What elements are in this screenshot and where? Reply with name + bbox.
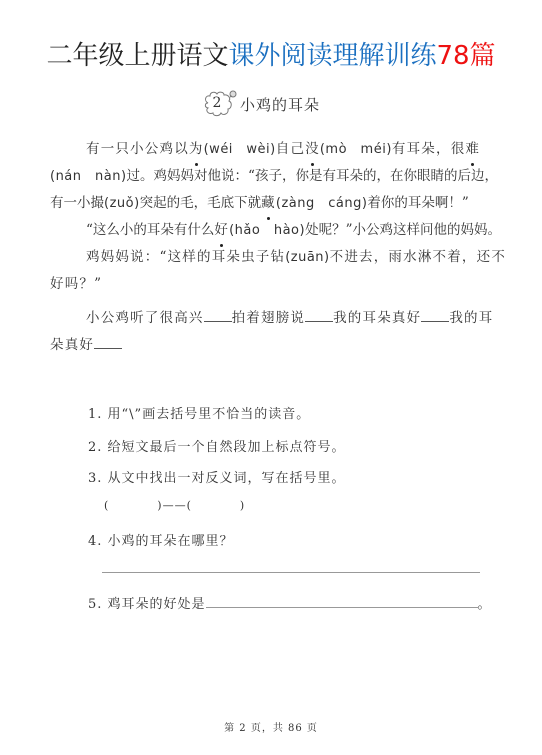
passage-line: (nán nàn)过。鸡妈妈对他说：“孩子，你是有耳朵的，在你眼睛的后边， [50,163,486,190]
question-5-prefix: 5. 鸡耳朵的好处是 [88,597,206,612]
pinyin: (zàng cáng) [276,196,368,211]
question-4: 4. 小鸡的耳朵在哪里？ [88,530,234,549]
passage-line: 朵真好 [50,332,486,359]
title-part-training: 课外阅读理解训练 [228,41,436,71]
marked-char: 藏 [261,190,276,217]
lesson-number: 2 [202,95,232,111]
marked-char: 好 [214,217,229,244]
text: 我的耳 [449,310,493,326]
title-part-grade: 二年级上册语文 [46,41,228,71]
text: 处呢？”小公鸡这样问他的妈妈。 [305,222,501,238]
marked-char: 没 [305,136,320,163]
text: 过。鸡妈妈对他说：“孩子，你是有耳朵的，在你眼睛的后边， [127,168,498,184]
question-5-answer-line[interactable] [206,595,478,608]
question-5-suffix: 。 [478,597,492,612]
passage-line: 有一只小公鸡以为(wéi wèi)自己没(mò méi)有耳朵，很难 [58,136,486,163]
text: 我的耳朵真好 [333,310,421,326]
text: 朵真好 [50,337,94,353]
passage-line: 鸡妈妈说：“这样的耳朵虫子钻(zuān)不进去，雨水淋不着，还不 [58,244,486,271]
marked-char: 难 [465,136,480,163]
text: 有一小撮 [50,195,104,211]
question-2: 2. 给短文最后一个自然段加上标点符号。 [88,436,346,455]
title-part-count: 78篇 [436,41,495,71]
passage-line: 有一小撮(zuǒ)突起的毛，毛底下就藏(zàng cáng)着你的耳朵啊！” [50,190,486,217]
passage-line: “这么小的耳朵有什么好(hǎo hào)处呢？”小公鸡这样问他的妈妈。 [58,217,486,244]
question-5: 5. 鸡耳朵的好处是。 [88,593,492,612]
cloud-icon: 2 [202,89,238,119]
text: 鸡妈妈说：“这样的耳朵虫子钻 [86,249,285,265]
question-4-answer-line[interactable] [102,572,480,573]
punctuation-blank[interactable] [305,309,333,322]
text: “这么小的耳朵有什么 [86,222,214,238]
lesson-title: 小鸡的耳朵 [240,94,320,115]
pinyin: (zuān) [285,250,329,265]
question-3: 3. 从文中找出一对反义词，写在括号里。 [88,467,346,486]
text: 突起的毛，毛底下就 [140,195,262,211]
text: 好吗？” [50,276,102,292]
marked-char: 为 [189,136,204,163]
text: 着你的耳朵啊！” [367,195,468,211]
pinyin: (mò méi) [320,142,392,157]
punctuation-blank[interactable] [94,336,122,349]
page-footer: 第 2 页，共 86 页 [0,719,542,734]
passage-line: 小公鸡听了很高兴拍着翅膀说我的耳朵真好我的耳 [58,305,486,332]
text: 不进去，雨水淋不着，还不 [330,249,506,265]
text: 小公鸡听了很高兴 [86,310,204,326]
text: 有耳朵，很 [392,141,466,157]
question-1: 1. 用“\”画去括号里不恰当的读音。 [88,403,310,422]
punctuation-blank[interactable] [421,309,449,322]
question-3-answer-blanks[interactable]: ( )——( ) [104,497,245,513]
lesson-heading: 2 小鸡的耳朵 [202,88,320,120]
pinyin: (wéi wèi) [204,142,276,157]
pinyin: (nán nàn) [50,169,127,184]
passage-line: 好吗？” [50,271,486,298]
pinyin: (zuǒ) [104,196,140,211]
story-passage: 有一只小公鸡以为(wéi wèi)自己没(mò méi)有耳朵，很难 (nán … [58,136,486,359]
text: 自己 [276,141,305,157]
text: 拍着翅膀说 [232,310,306,326]
document-title: 二年级上册语文课外阅读理解训练78篇 [0,39,542,73]
text: 有一只小公鸡以 [86,141,189,157]
punctuation-blank[interactable] [204,309,232,322]
pinyin: (hǎo hào) [229,223,305,238]
